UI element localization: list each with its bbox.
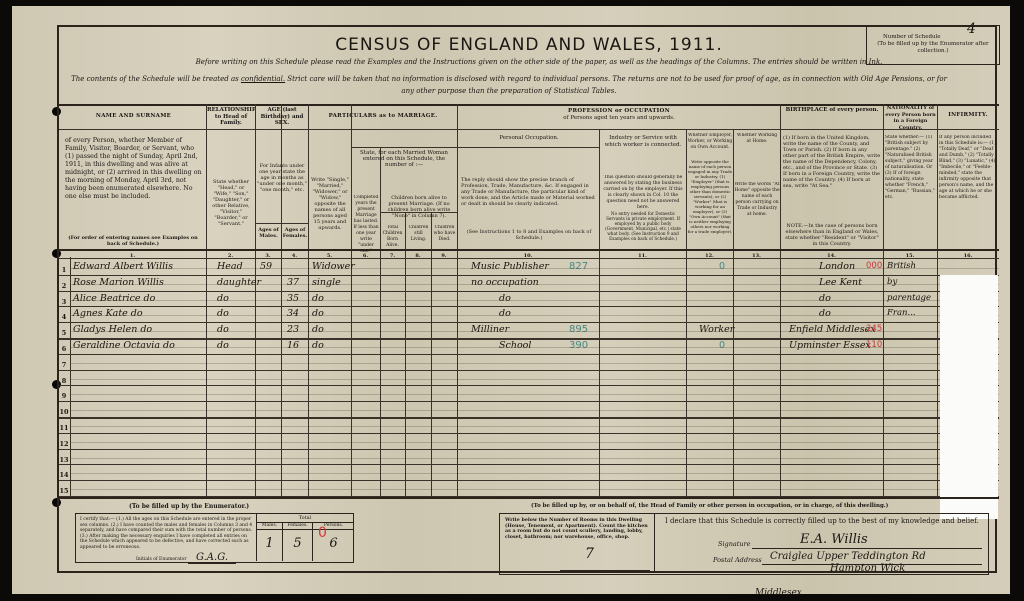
row-number: 15 [59,487,69,495]
birthplace: do [819,293,831,304]
person-name: Agnes Kate do [73,308,143,319]
relationship: do [217,308,229,319]
row-number: 1 [59,266,69,274]
postal-address-line2: Hampton Wick [830,563,905,574]
person-name: Alice Beatrice do [73,293,155,304]
rooms-count: 7 [585,552,594,558]
document-title: CENSUS OF ENGLAND AND WALES, 1911. [59,35,999,55]
relationship: do [217,324,229,335]
occupation: Music Publisher [471,261,549,272]
signature: E.A. Willis [800,532,868,547]
age-female: 35 [287,293,299,304]
occupation: no occupation [471,277,539,288]
occupation-code: 895 [569,324,588,335]
row-number: 6 [59,345,69,353]
relationship: do [217,293,229,304]
row-number: 10 [59,408,69,416]
age-female: 16 [287,340,299,351]
birthplace: do [819,308,831,319]
header-name: NAME AND SURNAME [61,113,206,120]
person-name: Gladys Helen do [73,324,152,335]
footer-section: (To be filled up by the Enumerator.) I c… [59,497,999,575]
enumerator-certification: I certify that:— (1.) All the ages on th… [75,513,354,563]
marital-status: do [312,324,324,335]
occupation: do [499,308,511,319]
birthplace: Enfield Middlesex [789,324,876,335]
row-number: 9 [59,392,69,400]
schedule-number-value: 4 [967,26,976,33]
birthplace-code: 110 [866,340,882,350]
relationship: daughter [217,277,261,288]
marital-status: do [312,340,324,351]
employment-status: 0 [719,261,725,272]
schedule-number-box: Number of Schedule (To be filled up by t… [866,25,1000,65]
redacted-infirmity-column [940,275,998,519]
header-marriage: PARTICULARS as to MARRIAGE. [309,113,457,120]
occupation: do [499,293,511,304]
birthplace-code: 245 [866,324,882,334]
birthplace: Upminster Essex [789,340,871,351]
schedule-frame: CENSUS OF ENGLAND AND WALES, 1911. Befor… [57,25,997,573]
row-number: 11 [59,424,69,432]
row-number: 4 [59,313,69,321]
row-number: 2 [59,282,69,290]
employment-status: Worker [699,324,734,335]
postal-address-line3: Middlesex [755,588,802,598]
header-name-desc: of every Person, whether Member of Famil… [65,137,203,201]
totals-table: Total Males.1 Females.5 Persons.6 [256,514,353,561]
header-relationship: RELATIONSHIP to Head of Family. [207,107,255,127]
postal-address-line1: Craiglea Upper Teddington Rd [770,551,926,562]
enumerator-red-mark: 0 [318,525,327,541]
age-male: 59 [260,261,272,272]
row-number: 5 [59,329,69,337]
total-females: 5 [283,530,312,551]
age-female: 34 [287,308,299,319]
total-males: 1 [257,530,282,551]
age-female: 37 [287,277,299,288]
header-nationality: NATIONALITY of every Person born in a Fo… [884,105,937,131]
occupation: School [499,340,531,351]
birthplace: London [819,261,855,272]
row-number: 13 [59,456,69,464]
header-birthplace: BIRTHPLACE of every person. [781,107,883,114]
header-profession: PROFESSION or OCCUPATIONof Persons aged … [459,108,779,121]
relationship: do [217,340,229,351]
occupation-code: 827 [569,261,588,272]
person-name: Edward Albert Willis [73,261,173,272]
header-age: AGE (last Birthday) and SEX. [256,107,308,127]
row-number: 12 [59,440,69,448]
marital-status: do [312,308,324,319]
person-name: Rose Marion Willis [73,277,164,288]
occupation-code: 390 [569,340,588,351]
row-number: 3 [59,298,69,306]
confidential-notice: The contents of the Schedule will be tre… [69,73,949,97]
rooms-box: Write below the Number of Rooms in this … [500,514,655,573]
header-infirmity: INFIRMITY. [938,112,998,119]
birthplace: Lee Kent [819,277,862,288]
birthplace-code: 000 [866,261,882,271]
marital-status: Widower [312,261,355,272]
marital-status: single [312,277,341,288]
employment-status: 0 [719,340,725,351]
age-female: 23 [287,324,299,335]
column-headers [59,104,999,106]
nationality: by [887,277,897,287]
nationality: Fran... [887,308,916,318]
instruction-line: Before writing on this Schedule please r… [179,58,899,66]
row-number: 14 [59,471,69,479]
relationship: Head [217,261,243,272]
occupation: Milliner [471,324,509,335]
head-of-family-declaration: Write below the Number of Rooms in this … [499,513,989,575]
marital-status: do [312,293,324,304]
row-number: 7 [59,361,69,369]
nationality: British [887,261,916,271]
row-number: 8 [59,377,69,385]
enumerator-initials: G.A.G. [188,552,236,564]
nationality: parentage [887,293,931,303]
person-name: Geraldine Octavia do [73,340,175,351]
